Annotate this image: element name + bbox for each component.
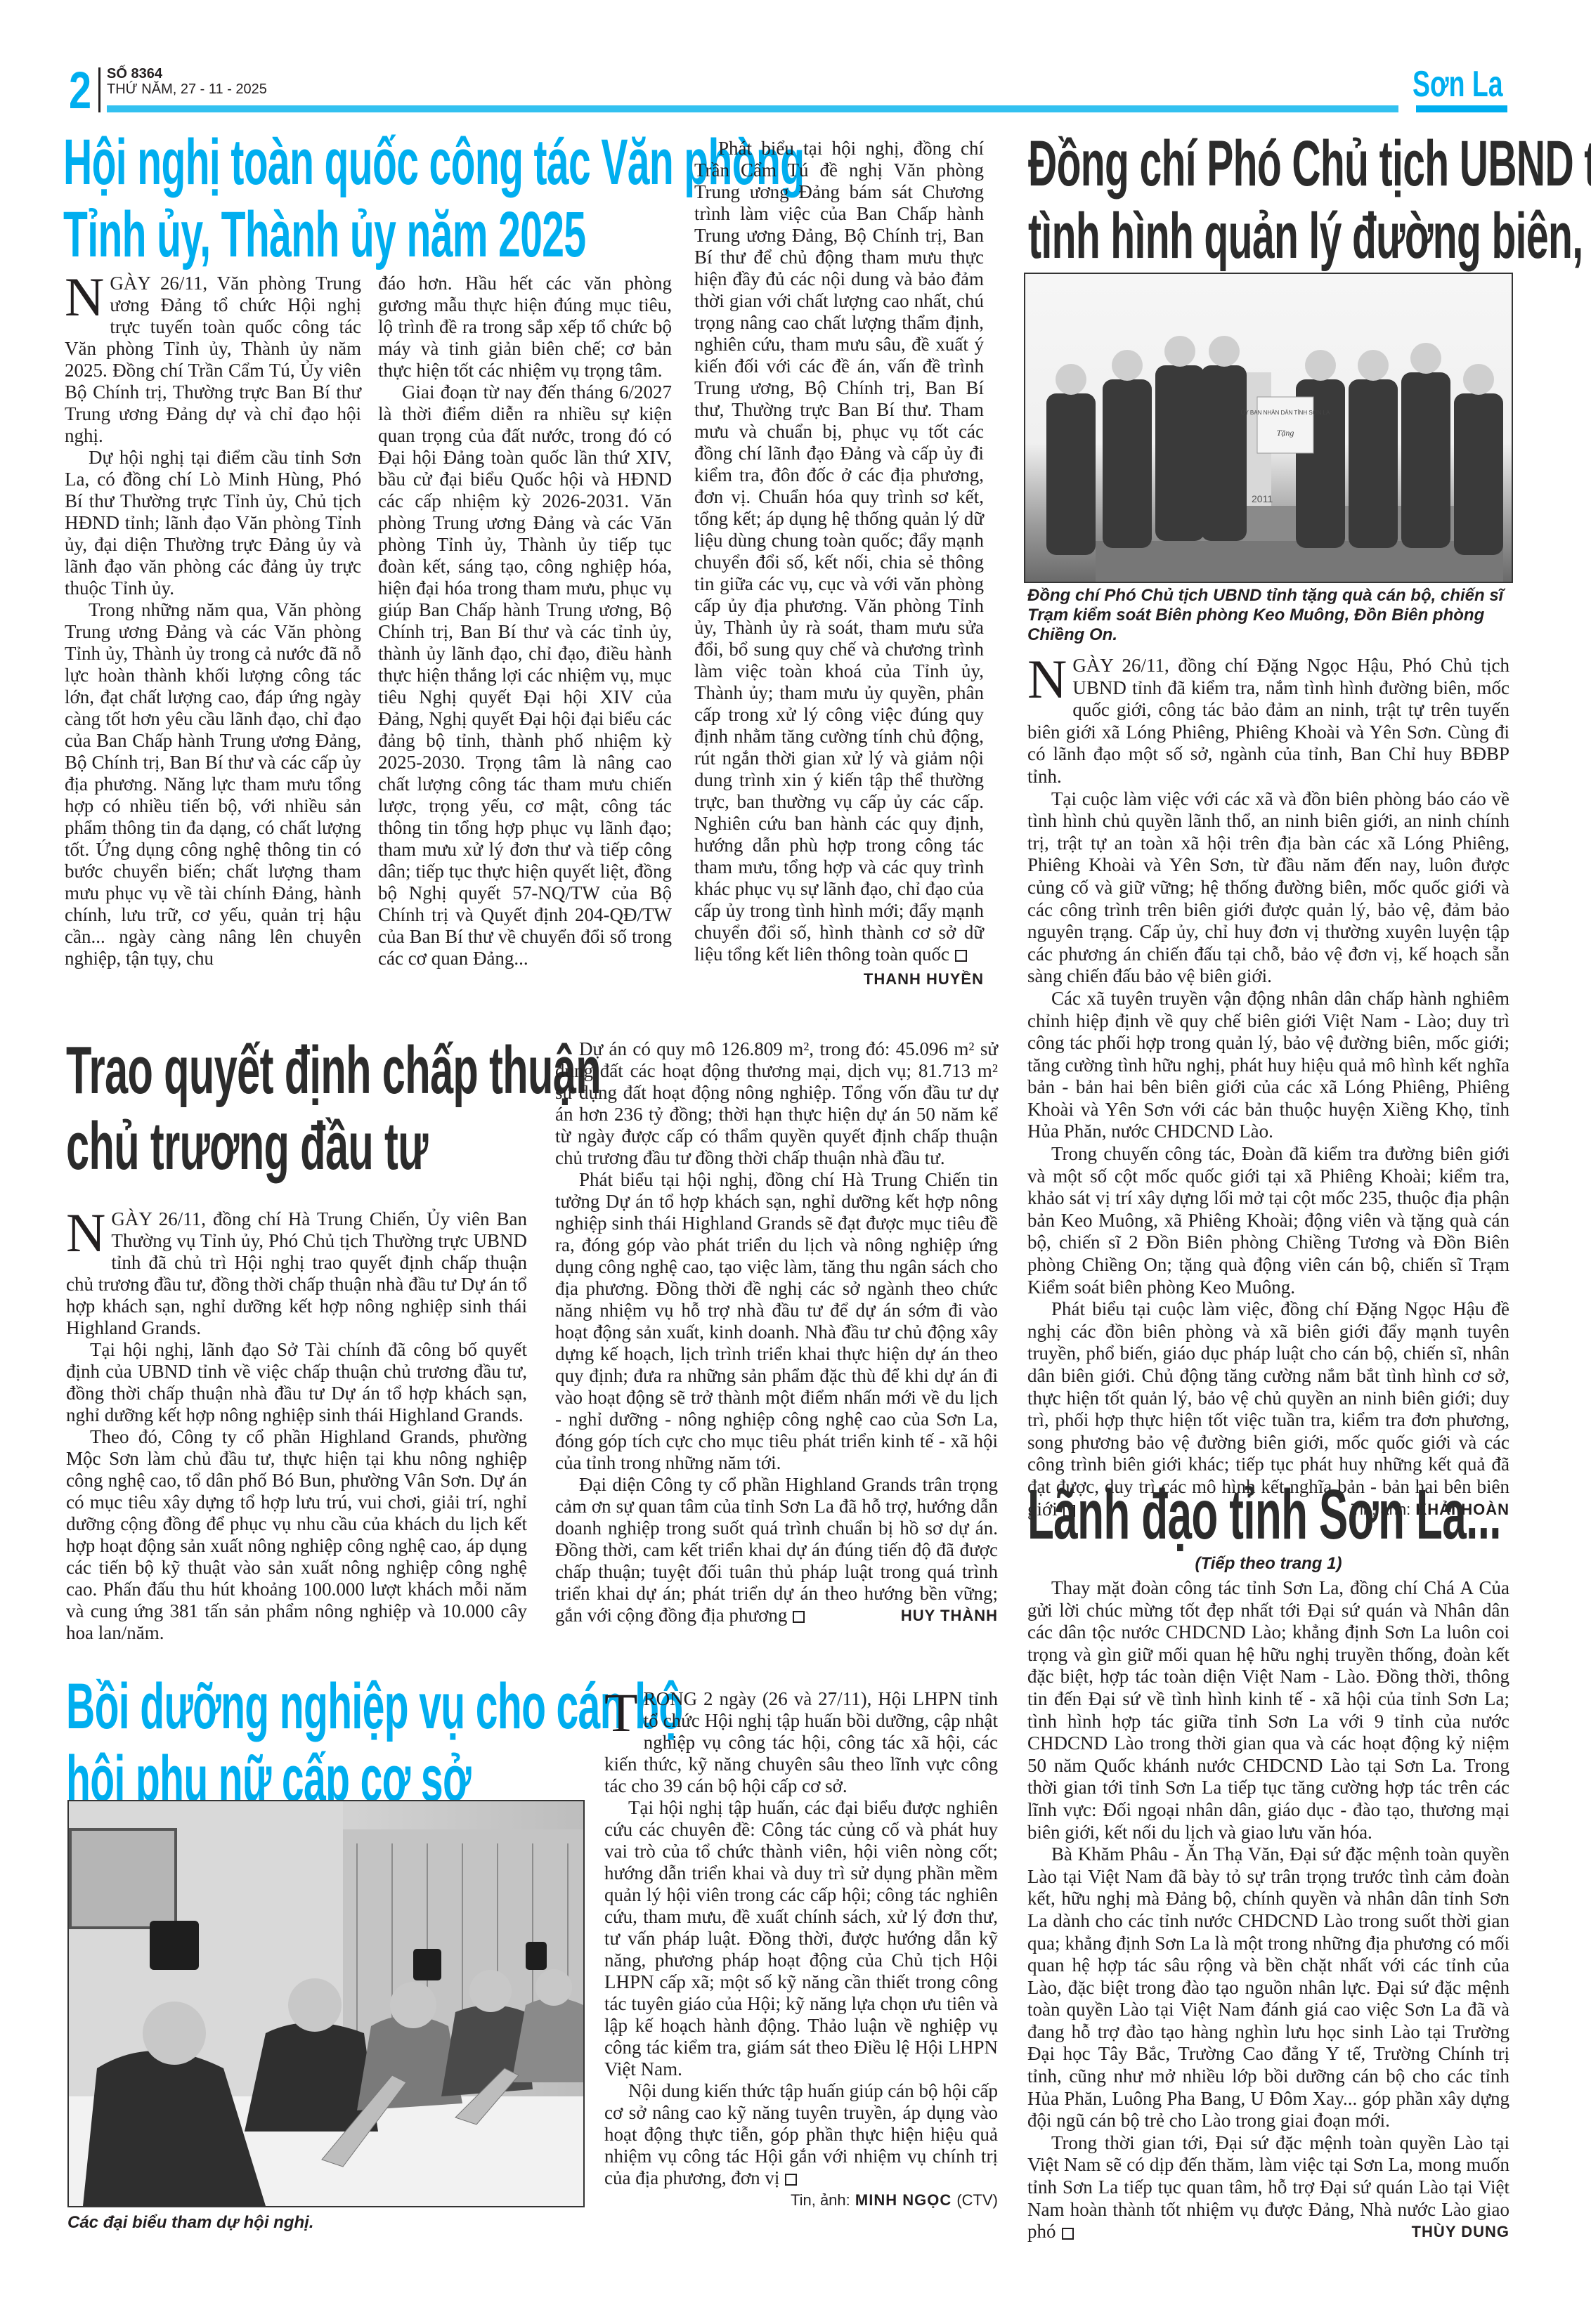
article2-paragraph: Dự án có quy mô 126.809 m², trong đó: 45… (555, 1038, 998, 1169)
section-rule (1416, 105, 1507, 112)
border-paragraph: Trong chuyến công tác, Đoàn đã kiểm tra … (1027, 1143, 1509, 1298)
article3-headline: Bồi dưỡng nghiệp vụ cho cán bộ hội phụ n… (66, 1671, 683, 1815)
border-body: NGÀY 26/11, đồng chí Đặng Ngọc Hậu, Phó … (1027, 655, 1509, 1520)
svg-text:2011: 2011 (1252, 493, 1273, 504)
continued-note: (Tiếp theo trang 1) (1027, 1554, 1509, 1574)
article1-headline-line2: Tỉnh ủy, Thành ủy năm 2025 (63, 199, 804, 271)
article2-paragraph: Đại diện Công ty cổ phần Highland Grands… (555, 1474, 998, 1626)
article4-byline: THÙY DUNG (1388, 2221, 1509, 2243)
article1-byline: THANH HUYỀN (694, 968, 984, 990)
section-name: Sơn La (1413, 65, 1503, 104)
dropcap: T (604, 1691, 638, 1735)
article3-paragraph: Tại hội nghị tập huấn, các đại biểu được… (604, 1797, 998, 2080)
article4-body: Thay mặt đoàn công tác tỉnh Sơn La, đồng… (1027, 1577, 1509, 2243)
article4-paragraph: Trong thời gian tới, Đại sứ đặc mệnh toà… (1027, 2132, 1509, 2243)
article2-headline-line2: chủ trương đầu tư (66, 1109, 601, 1184)
article2-col1: NGÀY 26/11, đồng chí Hà Trung Chiến, Ủy … (66, 1208, 527, 1644)
article1-lead: NGÀY 26/11, Văn phòng Trung ương Đảng tổ… (65, 273, 361, 447)
article2-paragraph: Tại hội nghị, lãnh đạo Sở Tài chính đã c… (66, 1339, 527, 1426)
article1-col3: Phát biểu tại hội nghị, đồng chí Trần Cẩ… (694, 138, 984, 990)
article3-photo-caption: Các đại biểu tham dự hội nghị. (67, 2213, 582, 2233)
dropcap: N (65, 275, 104, 319)
issue-number: SỐ 8364 (107, 66, 267, 81)
article4-paragraph: Thay mặt đoàn công tác tỉnh Sơn La, đồng… (1027, 1577, 1509, 1843)
end-mark-icon (955, 950, 967, 962)
end-mark-icon (785, 2174, 797, 2186)
training-photo-illustration (69, 1801, 583, 2206)
article1-paragraph: Giai đoạn từ nay đến tháng 6/2027 là thờ… (378, 381, 672, 970)
article2-byline: HUY THÀNH (877, 1605, 998, 1626)
article4-headline: Lãnh đạo tỉnh Sơn La... (1027, 1475, 1501, 1554)
article1-paragraph: Trong những năm qua, Văn phòng Trung ươn… (65, 599, 361, 970)
article4-paragraph: Bà Khăm Phâu - Ăn Thạ Văn, Đại sứ đặc mệ… (1027, 1843, 1509, 2132)
page-number: 2 (69, 65, 91, 117)
article2-headline: Trao quyết định chấp thuận chủ trương đầ… (66, 1033, 601, 1184)
article1-col2: đáo hơn. Hầu hết các văn phòng gương mẫu… (378, 273, 672, 970)
article2-headline-line1: Trao quyết định chấp thuận (66, 1033, 601, 1109)
issue-date: THỨ NĂM, 27 - 11 - 2025 (107, 81, 267, 97)
article1-headline: Hội nghị toàn quốc công tác Văn phòng Tỉ… (63, 126, 804, 271)
article2-paragraph: Theo đó, Công ty cổ phần Highland Grands… (66, 1426, 527, 1644)
article3-lead: TRONG 2 ngày (26 và 27/11), Hội LHPN tỉn… (604, 1688, 998, 1797)
border-paragraph: Các xã tuyên truyền vận động nhân dân ch… (1027, 988, 1509, 1143)
article2-paragraph: Phát biểu tại hội nghị, đồng chí Hà Trun… (555, 1169, 998, 1474)
end-mark-icon (793, 1611, 805, 1623)
article3-photo (67, 1800, 585, 2207)
header-rule (107, 105, 1398, 112)
article1-paragraph: đáo hơn. Hầu hết các văn phòng gương mẫu… (378, 273, 672, 381)
article2-lead: NGÀY 26/11, đồng chí Hà Trung Chiến, Ủy … (66, 1208, 527, 1339)
article1-headline-line1: Hội nghị toàn quốc công tác Văn phòng (63, 126, 804, 199)
issue-info: SỐ 8364 THỨ NĂM, 27 - 11 - 2025 (107, 66, 267, 97)
article3-byline: Tin, ảnh: MINH NGỌC (CTV) (604, 2189, 998, 2211)
dropcap: N (66, 1211, 105, 1255)
border-headline: Đồng chí Phó Chủ tịch UBND tỉnh kiểm tra… (1028, 128, 1591, 273)
dropcap: N (1027, 658, 1067, 701)
article2-col2: Dự án có quy mô 126.809 m², trong đó: 45… (555, 1038, 998, 1626)
article1-col1: NGÀY 26/11, Văn phòng Trung ương Đảng tổ… (65, 273, 361, 970)
article1-paragraph: Phát biểu tại hội nghị, đồng chí Trần Cẩ… (694, 138, 984, 965)
border-headline-line2: tình hình quản lý đường biên, mốc giới (1028, 200, 1591, 273)
article3-body: TRONG 2 ngày (26 và 27/11), Hội LHPN tỉn… (604, 1688, 998, 2211)
group-photo-illustration: ỦY BAN NHÂN DÂN TỈNH SƠN LA Tặng 2011 (1025, 274, 1512, 582)
svg-text:ỦY BAN NHÂN DÂN TỈNH SƠN LA: ỦY BAN NHÂN DÂN TỈNH SƠN LA (1241, 410, 1330, 416)
header-divider (98, 67, 100, 112)
border-photo: ỦY BAN NHÂN DÂN TỈNH SƠN LA Tặng 2011 (1024, 273, 1513, 583)
article3-paragraph: Nội dung kiến thức tập huấn giúp cán bộ … (604, 2080, 998, 2189)
border-lead: NGÀY 26/11, đồng chí Đặng Ngọc Hậu, Phó … (1027, 655, 1509, 788)
article3-headline-line1: Bồi dưỡng nghiệp vụ cho cán bộ (66, 1671, 683, 1743)
border-paragraph: Tại cuộc làm việc với các xã và đồn biên… (1027, 788, 1509, 988)
article1-paragraph: Dự hội nghị tại điểm cầu tỉnh Sơn La, có… (65, 447, 361, 599)
border-headline-line1: Đồng chí Phó Chủ tịch UBND tỉnh kiểm tra (1028, 128, 1591, 200)
end-mark-icon (1062, 2228, 1074, 2240)
svg-text:Tặng: Tặng (1277, 428, 1294, 438)
border-photo-caption: Đồng chí Phó Chủ tịch UBND tỉnh tặng quà… (1027, 586, 1509, 645)
